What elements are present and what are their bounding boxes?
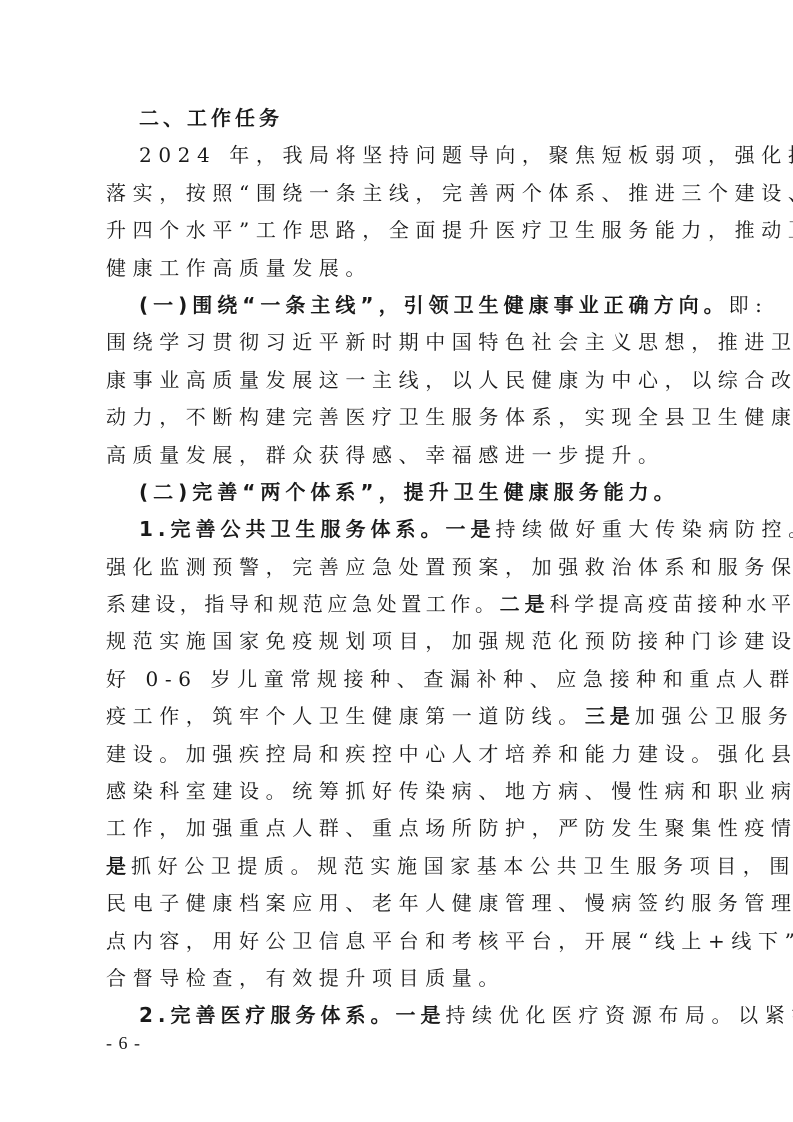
- text-run: 系建设，指导和规范应急处置工作。: [106, 592, 500, 616]
- text-run: 工作，加强重点人群、重点场所防护，严防发生聚集性疫情。: [106, 816, 793, 840]
- item-text: 持续做好重大传染病防控。: [496, 517, 793, 541]
- paragraph-line: 高质量发展，群众获得感、幸福感进一步提升。: [106, 437, 694, 474]
- paragraph-line: 民电子健康档案应用、老年人健康管理、慢病签约服务管理等重: [106, 885, 694, 922]
- page-number: - 6 -: [106, 1033, 141, 1054]
- document-page: 二、工作任务 2024 年，我局将坚持问题导向，聚焦短板弱项，强化措施 落实，按…: [106, 100, 694, 1035]
- section-heading: 二、工作任务: [106, 100, 694, 137]
- paragraph-line: 落实，按照“围绕一条主线，完善两个体系、推进三个建设、提: [106, 175, 694, 212]
- paragraph-line: 感染科室建设。统筹抓好传染病、地方病、慢性病和职业病防治: [106, 773, 694, 810]
- paragraph-line: 工作，加强重点人群、重点场所防护，严防发生聚集性疫情。四: [106, 810, 694, 847]
- text-run: 疫工作，筑牢个人卫生健康第一道防线。: [106, 704, 585, 728]
- paragraph-line: 规范实施国家免疫规划项目，加强规范化预防接种门诊建设，做: [106, 623, 694, 660]
- paragraph-line: 好 0-6 岁儿童常规接种、查漏补种、应急接种和重点人群补充免: [106, 661, 694, 698]
- item-title: 2.完善医疗服务体系。: [139, 1003, 396, 1027]
- bold-lead: 是: [106, 854, 131, 878]
- paragraph-line: 2024 年，我局将坚持问题导向，聚焦短板弱项，强化措施: [106, 137, 694, 174]
- text-run: 抓好公卫提质。规范实施国家基本公共卫生服务项目，围绕居: [131, 854, 793, 878]
- text-run: 加强公卫服务能力: [635, 704, 793, 728]
- subsection-heading-2: (二)完善“两个体系”，提升卫生健康服务能力。: [106, 474, 694, 511]
- item-heading-2: 2.完善医疗服务体系。一是持续优化医疗资源布局。以紧密: [106, 997, 694, 1034]
- paragraph-line: 点内容，用好公卫信息平台和考核平台，开展“线上+线下”相结: [106, 923, 694, 960]
- paragraph-line: 升四个水平”工作思路，全面提升医疗卫生服务能力，推动卫生: [106, 212, 694, 249]
- item-text: 持续优化医疗资源布局。以紧密: [446, 1003, 793, 1027]
- paragraph-line: 合督导检查，有效提升项目质量。: [106, 960, 694, 997]
- subsection-title: (一)围绕“一条主线”，引领卫生健康事业正确方向。: [139, 293, 729, 317]
- paragraph-line: 动力，不断构建完善医疗卫生服务体系，实现全县卫生健康事业: [106, 399, 694, 436]
- paragraph-line: 康事业高质量发展这一主线，以人民健康为中心，以综合改革为: [106, 362, 694, 399]
- paragraph-line: 围绕学习贯彻习近平新时期中国特色社会主义思想，推进卫生健: [106, 324, 694, 361]
- paragraph-line: 是抓好公卫提质。规范实施国家基本公共卫生服务项目，围绕居: [106, 848, 694, 885]
- item-title: 1.完善公共卫生服务体系。: [139, 517, 446, 541]
- item-heading-1: 1.完善公共卫生服务体系。一是持续做好重大传染病防控。: [106, 511, 694, 548]
- bold-lead: 三是: [585, 704, 635, 728]
- paragraph-line: 疫工作，筑牢个人卫生健康第一道防线。三是加强公卫服务能力: [106, 698, 694, 735]
- paragraph-line: 健康工作高质量发展。: [106, 250, 694, 287]
- item-bold-lead: 一是: [396, 1003, 446, 1027]
- paragraph-line: 系建设，指导和规范应急处置工作。二是科学提高疫苗接种水平。: [106, 586, 694, 623]
- paragraph-line: 建设。加强疾控局和疾控中心人才培养和能力建设。强化县医院: [106, 736, 694, 773]
- item-bold-lead: 一是: [446, 517, 496, 541]
- text-run: 科学提高疫苗接种水平。: [550, 592, 793, 616]
- subsection-heading-1: (一)围绕“一条主线”，引领卫生健康事业正确方向。即:: [106, 287, 694, 324]
- subsection-title-tail: 即:: [729, 293, 769, 317]
- bold-lead: 二是: [500, 592, 550, 616]
- paragraph-line: 强化监测预警，完善应急处置预案，加强救治体系和服务保障体: [106, 549, 694, 586]
